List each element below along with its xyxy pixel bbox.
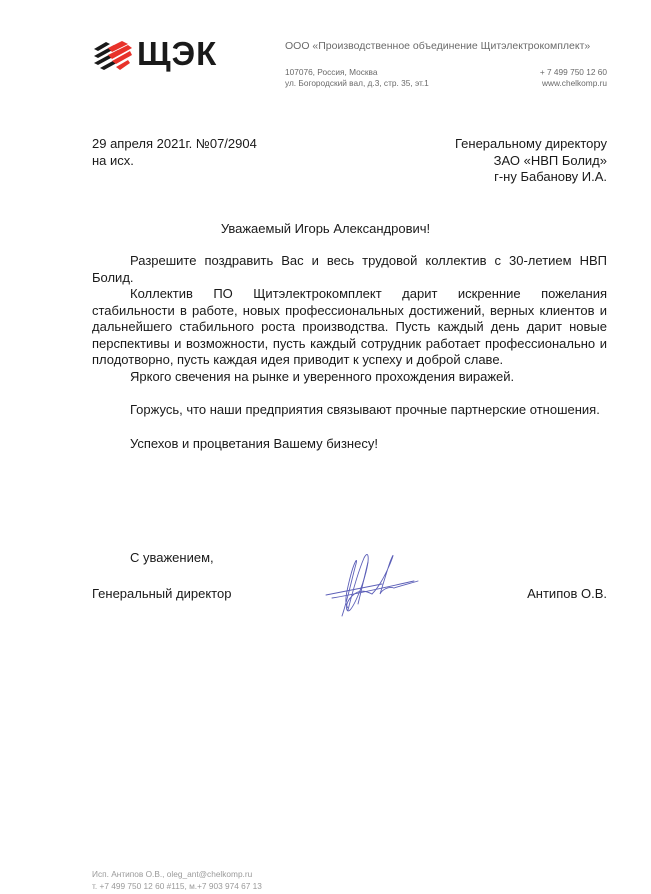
executor-contact: Исп. Антипов О.В., oleg_ant@chelkomp.ru xyxy=(92,868,262,880)
paragraph: Горжусь, что наши предприятия связывают … xyxy=(92,402,607,419)
date-number: 29 апреля 2021г. №07/2904 xyxy=(92,136,257,153)
greeting: Уважаемый Игорь Александрович! xyxy=(0,221,651,238)
company-address: 107076, Россия, Москва ул. Богородский в… xyxy=(285,67,429,89)
recipient-line-2: ЗАО «НВП Болид» xyxy=(455,153,607,170)
company-contacts: + 7 499 750 12 60 www.chelkomp.ru xyxy=(540,67,607,89)
company-website: www.chelkomp.ru xyxy=(540,78,607,89)
letter-body: Разрешите поздравить Вас и весь трудовой… xyxy=(92,253,607,452)
handwritten-signature-icon xyxy=(322,548,427,623)
paragraph: Яркого свечения на рынке и уверенного пр… xyxy=(92,369,607,386)
company-name: ООО «Производственное объединение Щитэле… xyxy=(285,40,590,52)
executor-phones: т. +7 499 750 12 60 #115, м.+7 903 974 6… xyxy=(92,880,262,892)
logo-text: ЩЭК xyxy=(137,36,217,72)
regards: С уважением, xyxy=(130,550,214,567)
paragraph: Разрешите поздравить Вас и весь трудовой… xyxy=(92,253,607,286)
recipient-block: Генеральному директору ЗАО «НВП Болид» г… xyxy=(455,136,607,186)
paragraph: Коллектив ПО Щитэлектрокомплект дарит ис… xyxy=(92,286,607,369)
address-line-1: 107076, Россия, Москва xyxy=(285,67,429,78)
signer-position: Генеральный директор xyxy=(92,586,231,603)
recipient-line-3: г-ну Бабанову И.А. xyxy=(455,169,607,186)
company-phone: + 7 499 750 12 60 xyxy=(540,67,607,78)
signer-name: Антипов О.В. xyxy=(527,586,607,603)
letter-meta: 29 апреля 2021г. №07/2904 на исх. xyxy=(92,136,257,169)
address-line-2: ул. Богородский вал, д.3, стр. 35, эт.1 xyxy=(285,78,429,89)
executor-footer: Исп. Антипов О.В., oleg_ant@chelkomp.ru … xyxy=(92,868,262,892)
paragraph: Успехов и процветания Вашему бизнесу! xyxy=(92,436,607,453)
reference: на исх. xyxy=(92,153,257,170)
shchek-stripes-logo-icon xyxy=(92,40,136,72)
recipient-line-1: Генеральному директору xyxy=(455,136,607,153)
